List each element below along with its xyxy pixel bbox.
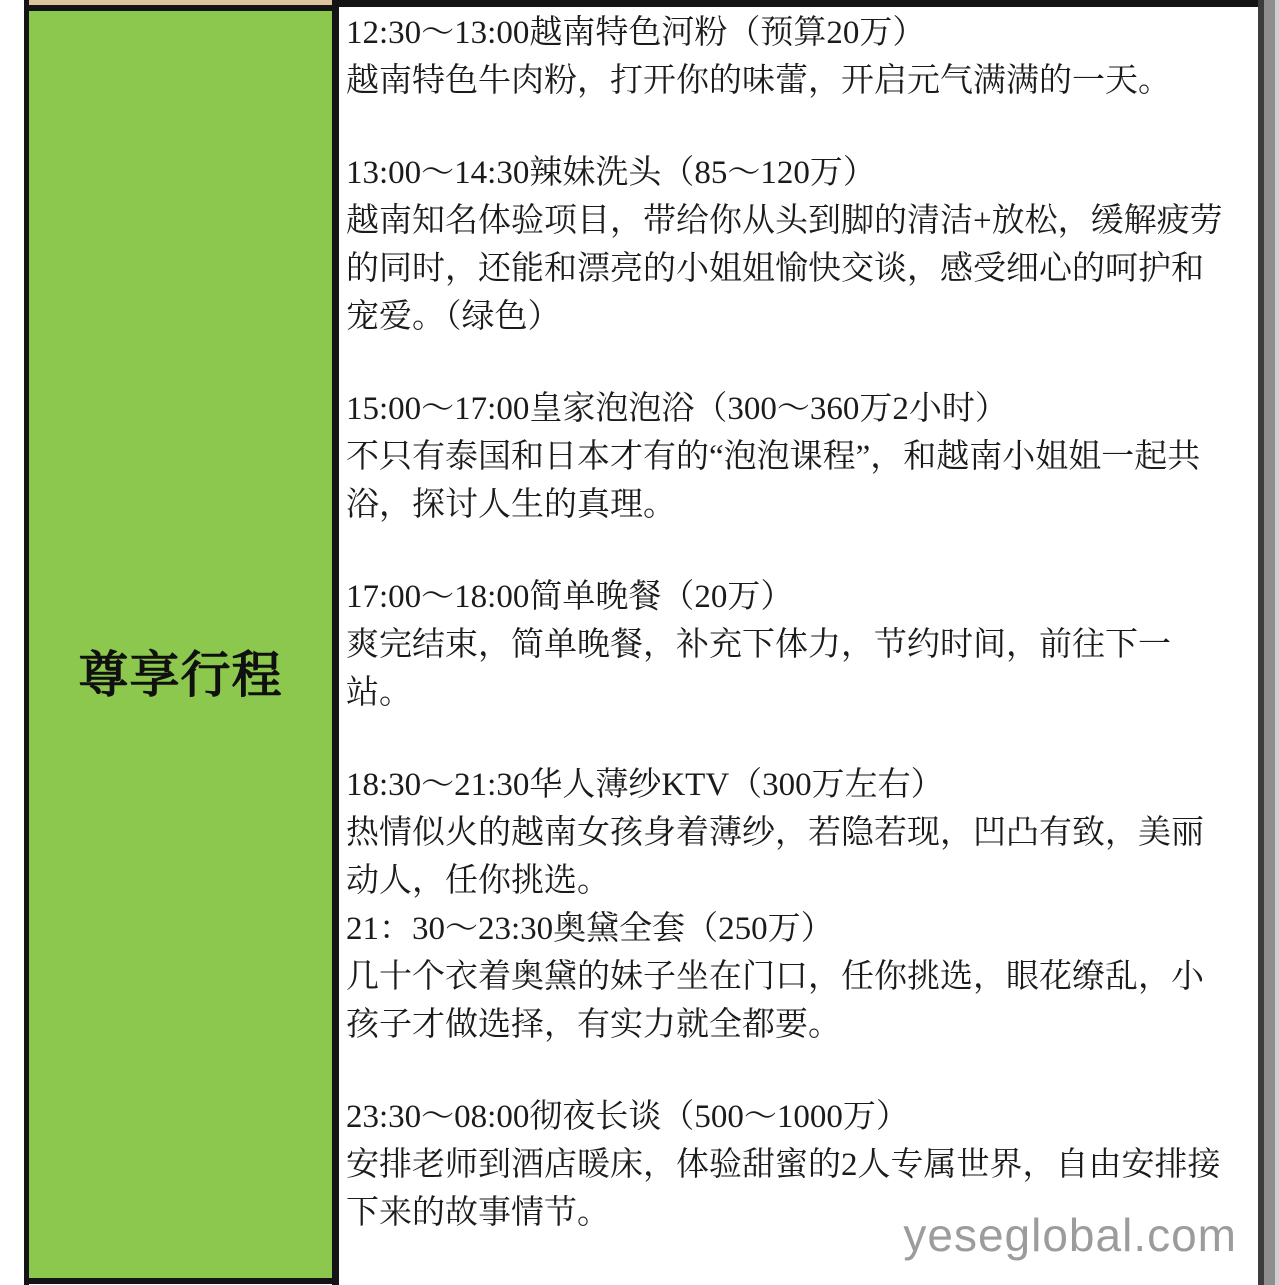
itinerary-content: 12:30～13:00越南特色河粉（预算20万） 越南特色牛肉粉，打开你的味蕾，… bbox=[339, 7, 1261, 1237]
section-heading: 18:30～21:30华人薄纱KTV（300万左右） bbox=[346, 761, 1261, 809]
itinerary-section: 12:30～13:00越南特色河粉（预算20万） 越南特色牛肉粉，打开你的味蕾，… bbox=[346, 9, 1261, 105]
itinerary-table-page: 尊享行程 12:30～13:00越南特色河粉（预算20万） 越南特色牛肉粉，打开… bbox=[0, 0, 1279, 1285]
column-divider-border bbox=[332, 0, 339, 1285]
section-description: 不只有泰国和日本才有的“泡泡课程”，和越南小姐姐一起共 浴，探讨人生的真理。 bbox=[346, 433, 1261, 529]
sidebar-label: 尊享行程 bbox=[79, 583, 283, 707]
sidebar-cell: 尊享行程 bbox=[29, 11, 332, 1278]
section-heading: 13:00～14:30辣妹洗头（85～120万） bbox=[346, 149, 1261, 197]
watermark: yeseglobal.com bbox=[903, 1208, 1237, 1262]
right-edge-gray-band bbox=[1264, 0, 1275, 1285]
section-description: 越南知名体验项目，带给你从头到脚的清洁+放松，缓解疲劳 的同时，还能和漂亮的小姐… bbox=[346, 197, 1261, 341]
itinerary-section: 15:00～17:00皇家泡泡浴（300～360万2小时） 不只有泰国和日本才有… bbox=[346, 385, 1261, 529]
right-edge-light-band bbox=[1275, 0, 1279, 1285]
itinerary-section: 17:00～18:00简单晚餐（20万） 爽完结束，简单晚餐，补充下体力，节约时… bbox=[346, 573, 1261, 717]
table-bottom-border bbox=[24, 1278, 339, 1284]
itinerary-section: 13:00～14:30辣妹洗头（85～120万） 越南知名体验项目，带给你从头到… bbox=[346, 149, 1261, 341]
section-heading: 15:00～17:00皇家泡泡浴（300～360万2小时） bbox=[346, 385, 1261, 433]
section-heading: 23:30～08:00彻夜长谈（500～1000万） bbox=[346, 1093, 1261, 1141]
itinerary-section: 18:30～21:30华人薄纱KTV（300万左右） 热情似火的越南女孩身着薄纱… bbox=[346, 761, 1261, 905]
section-description: 热情似火的越南女孩身着薄纱，若隐若现，凹凸有致，美丽 动人，任你挑选。 bbox=[346, 809, 1261, 905]
itinerary-section: 21：30～23:30奥黛全套（250万） 几十个衣着奥黛的妹子坐在门口，任你挑… bbox=[346, 905, 1261, 1049]
section-heading: 21：30～23:30奥黛全套（250万） bbox=[346, 905, 1261, 953]
section-description: 几十个衣着奥黛的妹子坐在门口，任你挑选，眼花缭乱，小 孩子才做选择，有实力就全都… bbox=[346, 953, 1261, 1049]
section-heading: 12:30～13:00越南特色河粉（预算20万） bbox=[346, 9, 1261, 57]
section-description: 爽完结束，简单晚餐，补充下体力，节约时间，前往下一 站。 bbox=[346, 621, 1261, 717]
section-heading: 17:00～18:00简单晚餐（20万） bbox=[346, 573, 1261, 621]
section-description: 越南特色牛肉粉，打开你的味蕾，开启元气满满的一天。 bbox=[346, 57, 1261, 105]
table-top-border bbox=[339, 0, 1258, 7]
